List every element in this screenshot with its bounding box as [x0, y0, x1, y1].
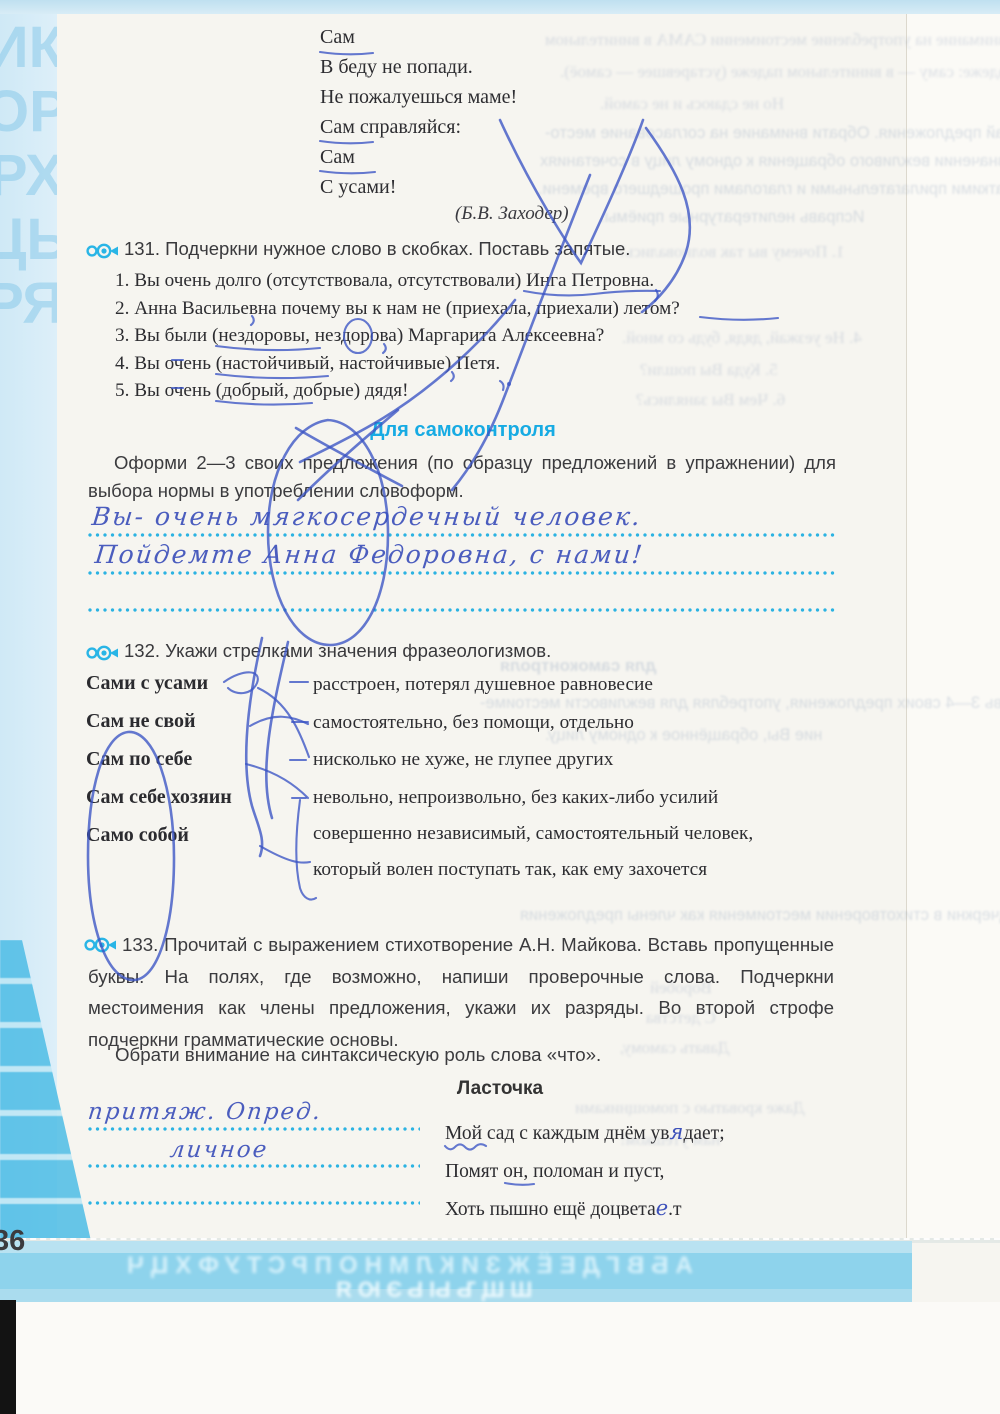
self-control-title: Для самоконтроля [88, 419, 838, 442]
handwritten-answer: Вы- очень мягкосердечный человек. [90, 502, 643, 531]
ex131-number: 131. [124, 238, 160, 259]
ex133-instruction-text: Прочитай с выражением стихотворение А.Н.… [88, 934, 834, 1050]
sentence: 2. Анна Васильевна почему вы к нам не (п… [115, 295, 680, 323]
poem-text: Мой сад с каждым днём ув [445, 1123, 670, 1144]
ex133-note: Обрати внимание на синтаксическую роль с… [115, 1044, 601, 1066]
epigraph-poem: Сам В беду не попади. Не пожалуешься мам… [320, 22, 517, 202]
ex132-number: 132. [124, 640, 160, 661]
ex131-sentences: 1. Вы очень долго (отсутствовала, отсутс… [115, 267, 680, 405]
exercise-marker-icon [86, 242, 119, 260]
scanned-workbook-page: { "page_number": "36", "colors": {"accen… [0, 0, 1000, 1414]
sentence: 3. Вы были (нездоровы, нездорова) Маргар… [115, 322, 680, 350]
answer-dotted-line [88, 533, 838, 537]
scan-right-margin [907, 14, 1000, 1240]
poem-line: Помят он, поломан и пуст, [445, 1153, 725, 1191]
ex133-instruction: 133. Прочитай с выражением стихотворение… [88, 929, 834, 1055]
ex131-instruction: Подчеркни нужное слово в скобках. Постав… [165, 238, 630, 259]
handwritten-letter: я [670, 1120, 684, 1144]
epigraph-line: Сам [320, 22, 517, 52]
answer-dotted-line [88, 608, 838, 612]
margin-dotted-line [88, 1164, 420, 1168]
poem-text: Помят он, поломан и пуст, [445, 1161, 664, 1182]
ex133-number: 133. [122, 934, 158, 955]
exercise-marker-icon [86, 644, 119, 662]
phrase: Сам себе хозяин [86, 778, 232, 816]
poem-text: дает; [683, 1123, 724, 1144]
page-number: 36 [0, 1225, 25, 1258]
poem-text: Хоть пышно ещё доцвета [445, 1199, 656, 1220]
meaning: невольно, непроизвольно, без каких-либо … [313, 779, 765, 817]
sentence: 4. Вы очень (настойчивый, настойчивые) П… [115, 350, 680, 378]
meaning: совершенно независимый, самостоятельный … [313, 816, 765, 887]
ex132-meaning-column: расстроен, потерял душевное равновесие с… [313, 666, 765, 887]
alphabet-row: ШЩЪЫЬЭЮЯ [330, 1277, 532, 1303]
epigraph-line: С усами! [320, 172, 517, 202]
epigraph-line: Сам справляйся: [320, 112, 517, 142]
phrase: Сами с усами [86, 664, 232, 702]
epigraph-line: Не пожалуешься маме! [320, 82, 517, 112]
margin-dotted-line [88, 1127, 420, 1131]
poem-lines: Мой сад с каждым днём увядает; Помят он,… [445, 1114, 725, 1229]
meaning: расстроен, потерял душевное равновесие [313, 666, 765, 704]
epigraph-line: Сам [320, 142, 517, 172]
self-control-instruction: Оформи 2—3 своих предложения (по образцу… [88, 449, 836, 504]
phrase: Сам не свой [86, 702, 232, 740]
meaning: нисколько не хуже, не глупее других [313, 741, 765, 779]
poem-line: Хоть пышно ещё доцветае.т [445, 1190, 725, 1229]
phrase: Само собой [86, 816, 232, 854]
ex132-instruction: Укажи стрелками значения фразеологизмов. [165, 640, 551, 661]
ex132-phrase-column: Сами с усами Сам не свой Сам по себе Сам… [86, 664, 232, 854]
sentence: 1. Вы очень долго (отсутствовала, отсутс… [115, 267, 680, 295]
scan-black-corner [0, 1300, 16, 1414]
handwritten-margin-note: личное [169, 1137, 270, 1163]
handwritten-answer: Пойдемте Анна Федоровна, с нами! [93, 540, 645, 569]
epigraph-attribution: (Б.В. Заходер) [455, 203, 569, 225]
poem-text: т [673, 1199, 682, 1220]
meaning: самостоятельно, без помощи, отдельно [313, 704, 765, 742]
epigraph-line: В беду не попади. [320, 52, 517, 82]
scan-bottom-margin [0, 1302, 1000, 1414]
ex131-header: 131. Подчеркни нужное слово в скобках. П… [124, 238, 630, 260]
phrase: Сам по себе [86, 740, 232, 778]
margin-dotted-line [88, 1201, 420, 1205]
handwritten-letter: е [656, 1196, 668, 1220]
ex132-header: 132. Укажи стрелками значения фразеологи… [124, 640, 551, 662]
sentence: 5. Вы очень (добрый, добрые) дядя! [115, 377, 680, 405]
margin-alphabet-letters: ИК ОР РХ ЦЬ РЯ [0, 16, 57, 336]
poem-title: Ласточка [300, 1078, 700, 1100]
handwritten-margin-note: притяж. Опред. [87, 1099, 324, 1125]
poem-line: Мой сад с каждым днём увядает; [445, 1114, 725, 1153]
page-edge-line [906, 14, 907, 1240]
answer-dotted-line [88, 571, 838, 575]
alphabet-row: АБВГДЕЁЖЗИКЛМНОПРСТУФХЦЧ [120, 1252, 693, 1280]
top-blue-band [0, 0, 1000, 14]
